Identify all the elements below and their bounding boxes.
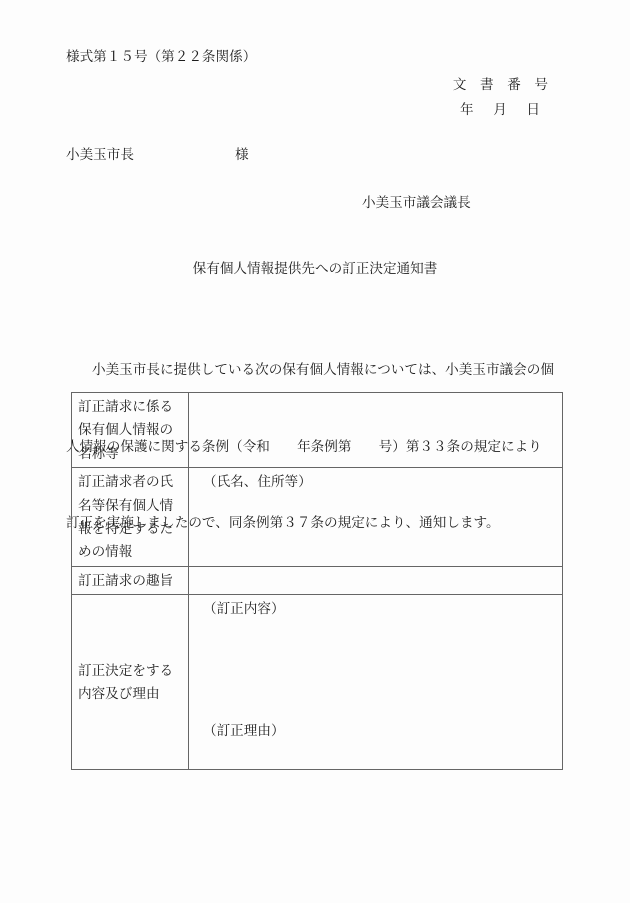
honorific: 様 [235,147,249,162]
table-row-request-purport: 訂正請求の趣旨 [72,566,563,594]
table-row-information-name: 訂正請求に係る保有個人情報の名称等 [72,393,563,468]
label-decision-content-reason: 訂正決定をする内容及び理由 [72,595,189,770]
addressee-name: 小美玉市長 [66,147,134,162]
addressee-line: 小美玉市長様 [66,147,249,163]
value-request-purport [189,566,563,594]
label-request-purport: 訂正請求の趣旨 [72,566,189,594]
value-requester-identity: （氏名、住所等） [189,468,563,567]
form-number: 様式第１５号（第２２条関係） [66,49,256,65]
sender-title: 小美玉市議会議長 [362,195,471,211]
label-information-name: 訂正請求に係る保有個人情報の名称等 [72,393,189,468]
document-number-label: 文 書 番 号 [453,77,548,93]
table-row-decision-content-reason: 訂正決定をする内容及び理由 （訂正内容） （訂正理由） [72,595,563,770]
value-information-name [189,393,563,468]
document-title: 保有個人情報提供先への訂正決定通知書 [0,261,630,277]
value-decision-content-reason: （訂正内容） （訂正理由） [189,595,563,770]
label-requester-identity: 訂正請求者の氏名等保有個人情報を特定するための情報 [72,468,189,567]
correction-content-caption: （訂正内容） [203,597,554,620]
document-page: { "document": { "form_number": "様式第１５号（第… [0,0,630,903]
correction-reason-caption: （訂正理由） [203,719,554,742]
table-row-requester-identity: 訂正請求者の氏名等保有個人情報を特定するための情報 （氏名、住所等） [72,468,563,567]
correction-decision-table: 訂正請求に係る保有個人情報の名称等 訂正請求者の氏名等保有個人情報を特定するため… [71,392,563,770]
body-line-1: 小美玉市長に提供している次の保有個人情報については、小美玉市議会の個 [66,357,566,383]
date-line: 年 月 日 [460,102,543,118]
